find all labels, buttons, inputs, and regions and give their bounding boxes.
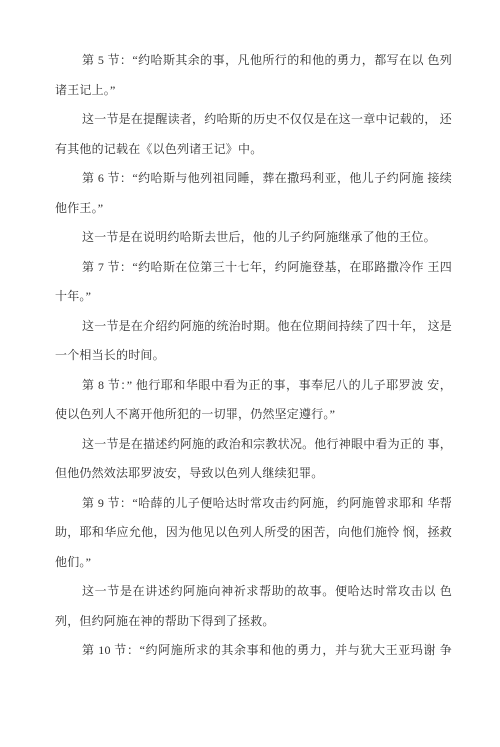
text-line: 但他仍然效法耶罗波安，导致以色列人继续犯罪。 (55, 459, 452, 489)
paragraph-verse: 第 7 节：“约哈斯在位第三十七年，约阿施登基，在耶路撒冷作 王四十年。” (55, 253, 452, 312)
text-line: 第 8 节：” 他行耶和华眼中看为正的事，事奉尼八的儿子耶罗波 安， (55, 371, 452, 401)
paragraph-verse: 第 6 节：“约哈斯与他列祖同睡，葬在撒玛利亚，他儿子约阿施 接续他作王。” (55, 164, 452, 223)
text-line: 第 9 节：“哈薛的儿子便哈达时常攻击约阿施，约阿施曾求耶和 华帮 (55, 489, 452, 519)
text-line: 他作王。” (55, 194, 452, 224)
text-line: 列，但约阿施在神的帮助下得到了拯救。 (55, 607, 452, 637)
text-line: 一个相当长的时间。 (55, 341, 452, 371)
text-line: 这一节是在描述约阿施的政治和宗教状况。他行神眼中看为正的 事， (55, 430, 452, 460)
paragraph-verse: 第 5 节：“约哈斯其余的事，凡他所行的和他的勇力，都写在以 色列诸王记上。” (55, 46, 452, 105)
text-line: 这一节是在讲述约阿施向神祈求帮助的故事。便哈达时常攻击以 色 (55, 577, 452, 607)
text-line: 有其他的记载在《以色列诸王记》中。 (55, 135, 452, 165)
paragraph-commentary: 这一节是在描述约阿施的政治和宗教状况。他行神眼中看为正的 事，但他仍然效法耶罗波… (55, 430, 452, 489)
paragraph-verse: 第 10 节：“约阿施所求的其余事和他的勇力，并与犹大王亚玛谢 争 (55, 636, 452, 666)
text-line: 十年。” (55, 282, 452, 312)
text-line: 第 7 节：“约哈斯在位第三十七年，约阿施登基，在耶路撒冷作 王四 (55, 253, 452, 283)
text-line: 这一节是在介绍约阿施的统治时期。他在位期间持续了四十年， 这是 (55, 312, 452, 342)
text-line: 诸王记上。” (55, 76, 452, 106)
document-body: 第 5 节：“约哈斯其余的事，凡他所行的和他的勇力，都写在以 色列诸王记上。”这… (55, 46, 452, 666)
text-line: 他们。” (55, 548, 452, 578)
text-line: 第 6 节：“约哈斯与他列祖同睡，葬在撒玛利亚，他儿子约阿施 接续 (55, 164, 452, 194)
text-line: 第 10 节：“约阿施所求的其余事和他的勇力，并与犹大王亚玛谢 争 (55, 636, 452, 666)
document-page: 第 5 节：“约哈斯其余的事，凡他所行的和他的勇力，都写在以 色列诸王记上。”这… (0, 0, 500, 747)
text-line: 助，耶和华应允他，因为他见以色列人所受的困苦，向他们施怜 悯，拯救 (55, 518, 452, 548)
paragraph-commentary: 这一节是在说明约哈斯去世后，他的儿子约阿施继承了他的王位。 (55, 223, 452, 253)
paragraph-verse: 第 8 节：” 他行耶和华眼中看为正的事，事奉尼八的儿子耶罗波 安，使以色列人不… (55, 371, 452, 430)
text-line: 使以色列人不离开他所犯的一切罪，仍然坚定遵行。” (55, 400, 452, 430)
text-line: 这一节是在提醒读者，约哈斯的历史不仅仅是在这一章中记载的， 还 (55, 105, 452, 135)
paragraph-commentary: 这一节是在提醒读者，约哈斯的历史不仅仅是在这一章中记载的， 还有其他的记载在《以… (55, 105, 452, 164)
paragraph-commentary: 这一节是在讲述约阿施向神祈求帮助的故事。便哈达时常攻击以 色列，但约阿施在神的帮… (55, 577, 452, 636)
paragraph-commentary: 这一节是在介绍约阿施的统治时期。他在位期间持续了四十年， 这是一个相当长的时间。 (55, 312, 452, 371)
text-line: 这一节是在说明约哈斯去世后，他的儿子约阿施继承了他的王位。 (55, 223, 452, 253)
paragraph-verse: 第 9 节：“哈薛的儿子便哈达时常攻击约阿施，约阿施曾求耶和 华帮助，耶和华应允… (55, 489, 452, 578)
text-line: 第 5 节：“约哈斯其余的事，凡他所行的和他的勇力，都写在以 色列 (55, 46, 452, 76)
